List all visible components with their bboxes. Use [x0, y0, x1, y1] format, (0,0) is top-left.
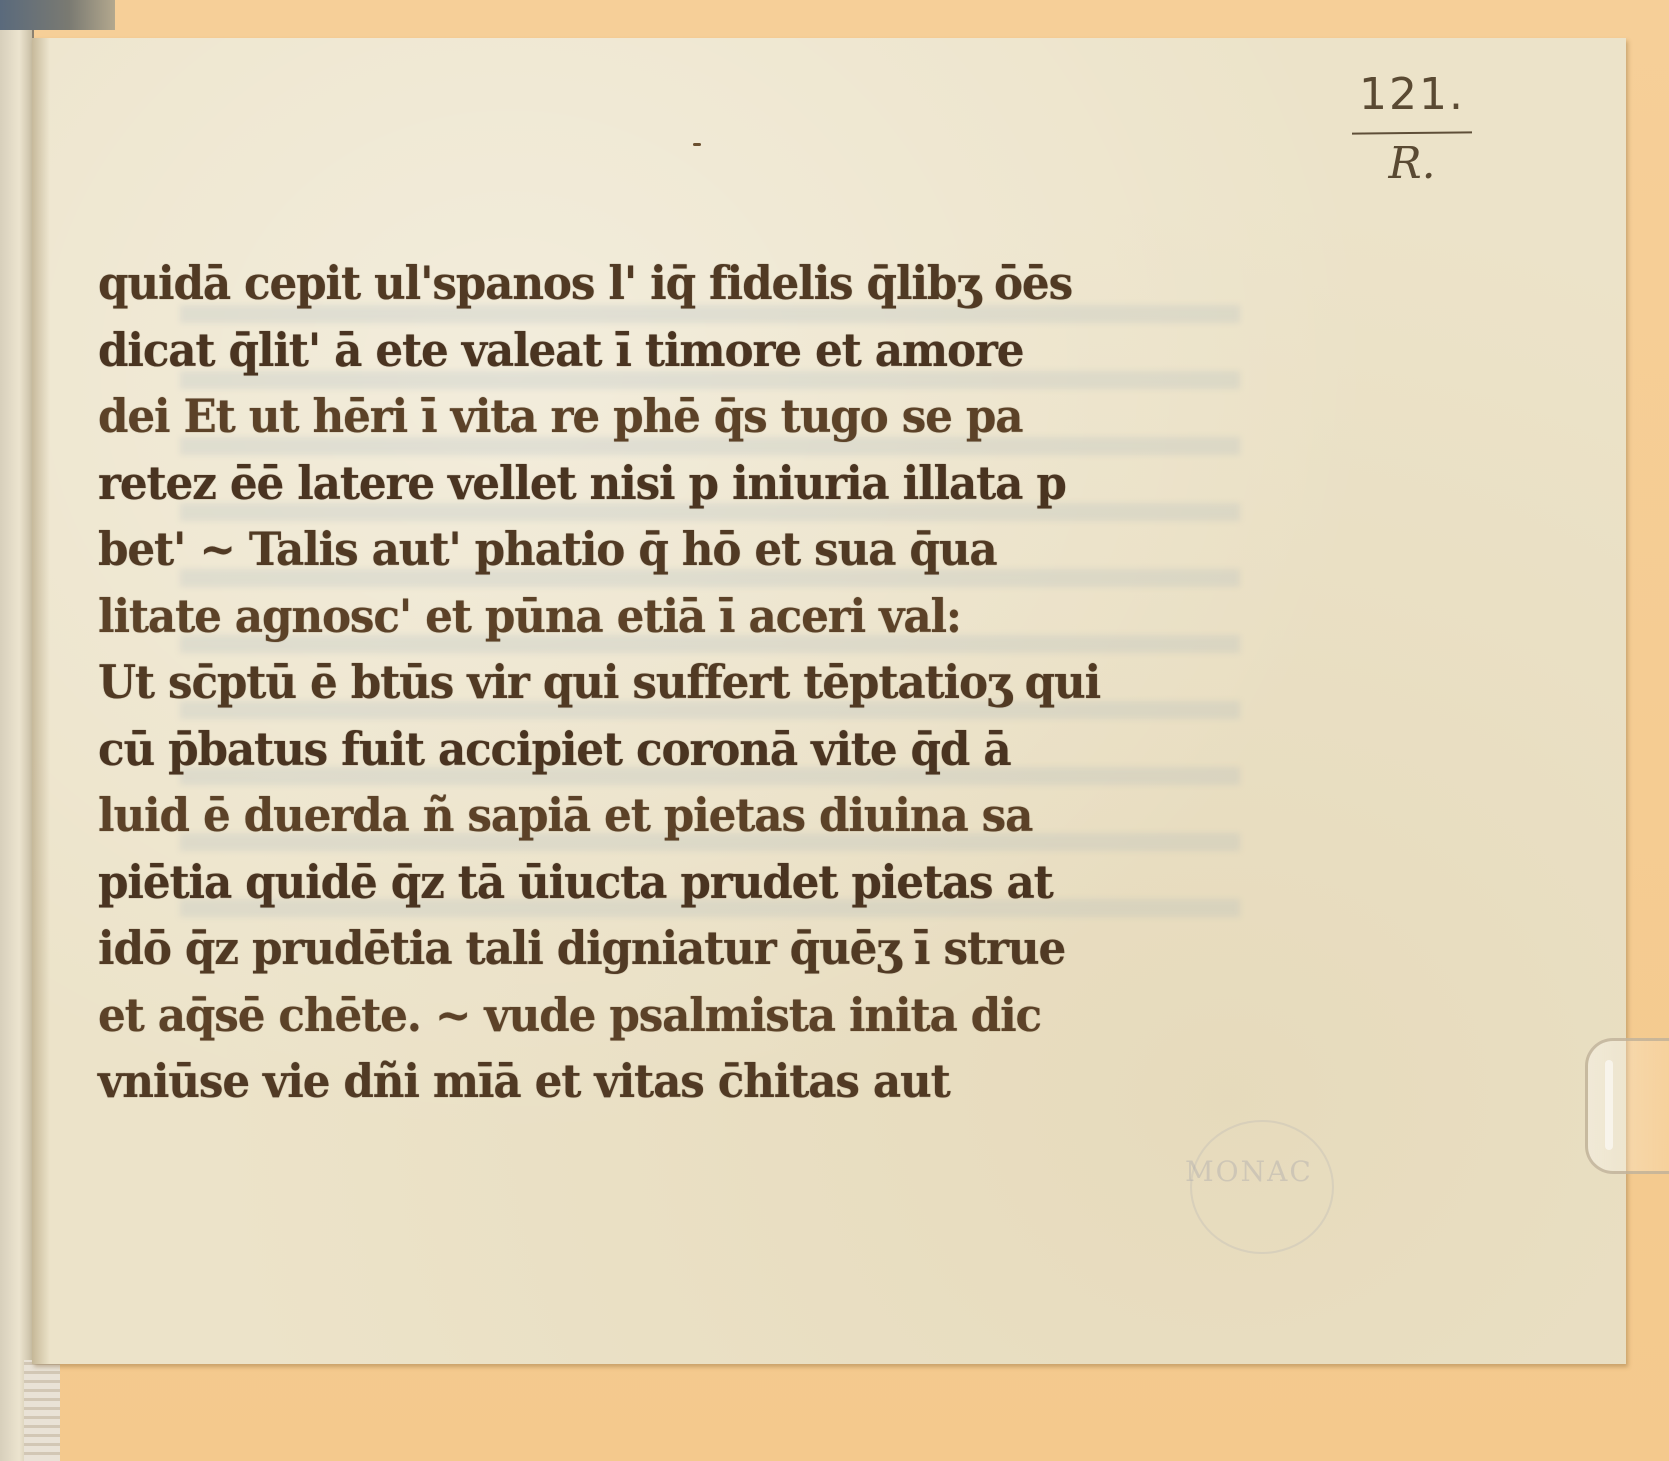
binding-corner	[0, 0, 115, 30]
manuscript-text-block: quidā cepit ul'spanos l' iq̄ fidelis q̄l…	[98, 250, 1278, 1115]
ink-dot	[693, 143, 701, 146]
text-line: et aq̄sē chēte. ~ vude psalmista inita d…	[98, 982, 1218, 1049]
text-line: piētia quidē q̄z tā ūiucta prudet pietas…	[98, 849, 1218, 916]
text-line: retez ēē latere vellet nisi p iniuria il…	[98, 450, 1218, 517]
book-spine-edge	[0, 30, 34, 1461]
text-line: vniūse vie dñi mīā et vitas c̄hitas aut	[98, 1048, 1218, 1115]
text-line: luid ē duerda ñ sapiā et pietas diuina s…	[98, 782, 1218, 849]
text-line: cū p̄batus fuit accipiet coronā vite q̄d…	[98, 716, 1218, 783]
book-page-edges	[24, 1360, 60, 1461]
text-line: bet' ~ Talis aut' phatio q̄ hō et sua q̄…	[98, 516, 1218, 583]
text-line: Ut sc̄ptū ē btūs vir qui suffert tēptati…	[98, 649, 1218, 716]
text-line: quidā cepit ul'spanos l' iq̄ fidelis q̄l…	[98, 250, 1218, 317]
plastic-clip-highlight	[1605, 1060, 1613, 1150]
text-line: dicat q̄lit' ā ete valeat ī timore et am…	[98, 317, 1218, 384]
library-stamp-text: MONAC	[1185, 1155, 1313, 1188]
text-line: idō q̄z prudētia tali digniatur q̄uēʒ ī …	[98, 915, 1218, 982]
text-line: litate agnosc' et pūna etiā ī aceri val:	[98, 583, 1218, 650]
folio-rule	[1352, 131, 1472, 134]
folio-number: 121.	[1352, 70, 1472, 120]
plastic-clip	[1585, 1038, 1669, 1174]
text-line: dei Et ut hēri ī vita re phē q̄s tugo se…	[98, 383, 1218, 450]
signature-mark: R.	[1352, 140, 1472, 188]
folio-annotation: 121. R.	[1352, 70, 1472, 188]
